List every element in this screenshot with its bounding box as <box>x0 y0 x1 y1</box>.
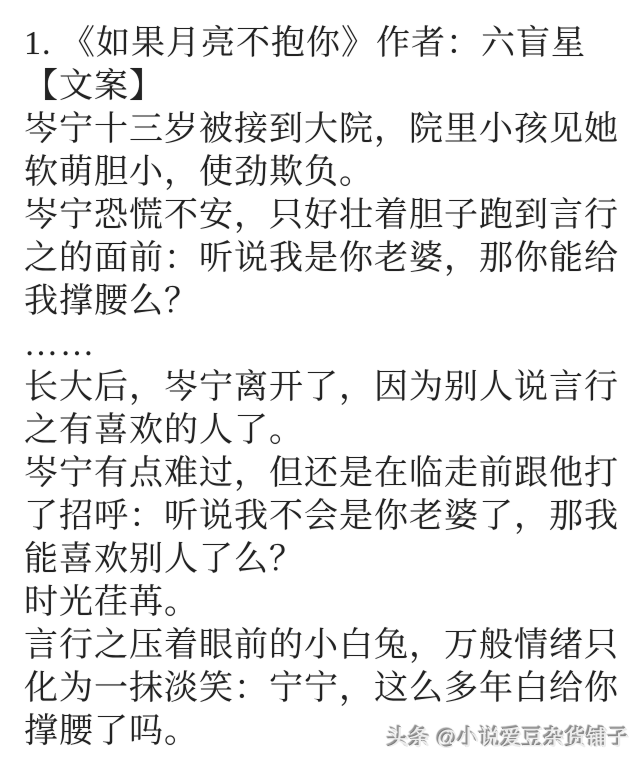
text-line: 之有喜欢的人了。 <box>24 409 630 452</box>
book-title-line: 1. 《如果月亮不抱你》作者：六盲星 <box>24 22 630 65</box>
section-header: 【文案】 <box>24 65 630 108</box>
text-line: 了招呼：听说我不会是你老婆了，那我 <box>24 495 630 538</box>
text-line: 长大后，岑宁离开了，因为别人说言行 <box>24 366 630 409</box>
text-line: 我撑腰么？ <box>24 280 630 323</box>
document-page: 1. 《如果月亮不抱你》作者：六盲星 【文案】 岑宁十三岁被接到大院，院里小孩见… <box>0 0 640 760</box>
text-line: 言行之压着眼前的小白兔，万般情绪只 <box>24 624 630 667</box>
ellipsis-line: …… <box>24 323 630 366</box>
text-line: 岑宁有点难过，但还是在临走前跟他打 <box>24 452 630 495</box>
text-line: 之的面前：听说我是你老婆，那你能给 <box>24 237 630 280</box>
text-line: 时光荏苒。 <box>24 581 630 624</box>
text-line: 岑宁十三岁被接到大院，院里小孩见她 <box>24 108 630 151</box>
toutiao-watermark: 头条 @小说爱豆杂货铺子 <box>388 722 630 752</box>
text-line: 化为一抹淡笑：宁宁，这么多年白给你 <box>24 667 630 710</box>
text-line: 软萌胆小，使劲欺负。 <box>24 151 630 194</box>
text-line: 岑宁恐慌不安，只好壮着胆子跑到言行 <box>24 194 630 237</box>
text-line: 能喜欢别人了么？ <box>24 538 630 581</box>
synopsis-text: 1. 《如果月亮不抱你》作者：六盲星 【文案】 岑宁十三岁被接到大院，院里小孩见… <box>24 22 630 753</box>
